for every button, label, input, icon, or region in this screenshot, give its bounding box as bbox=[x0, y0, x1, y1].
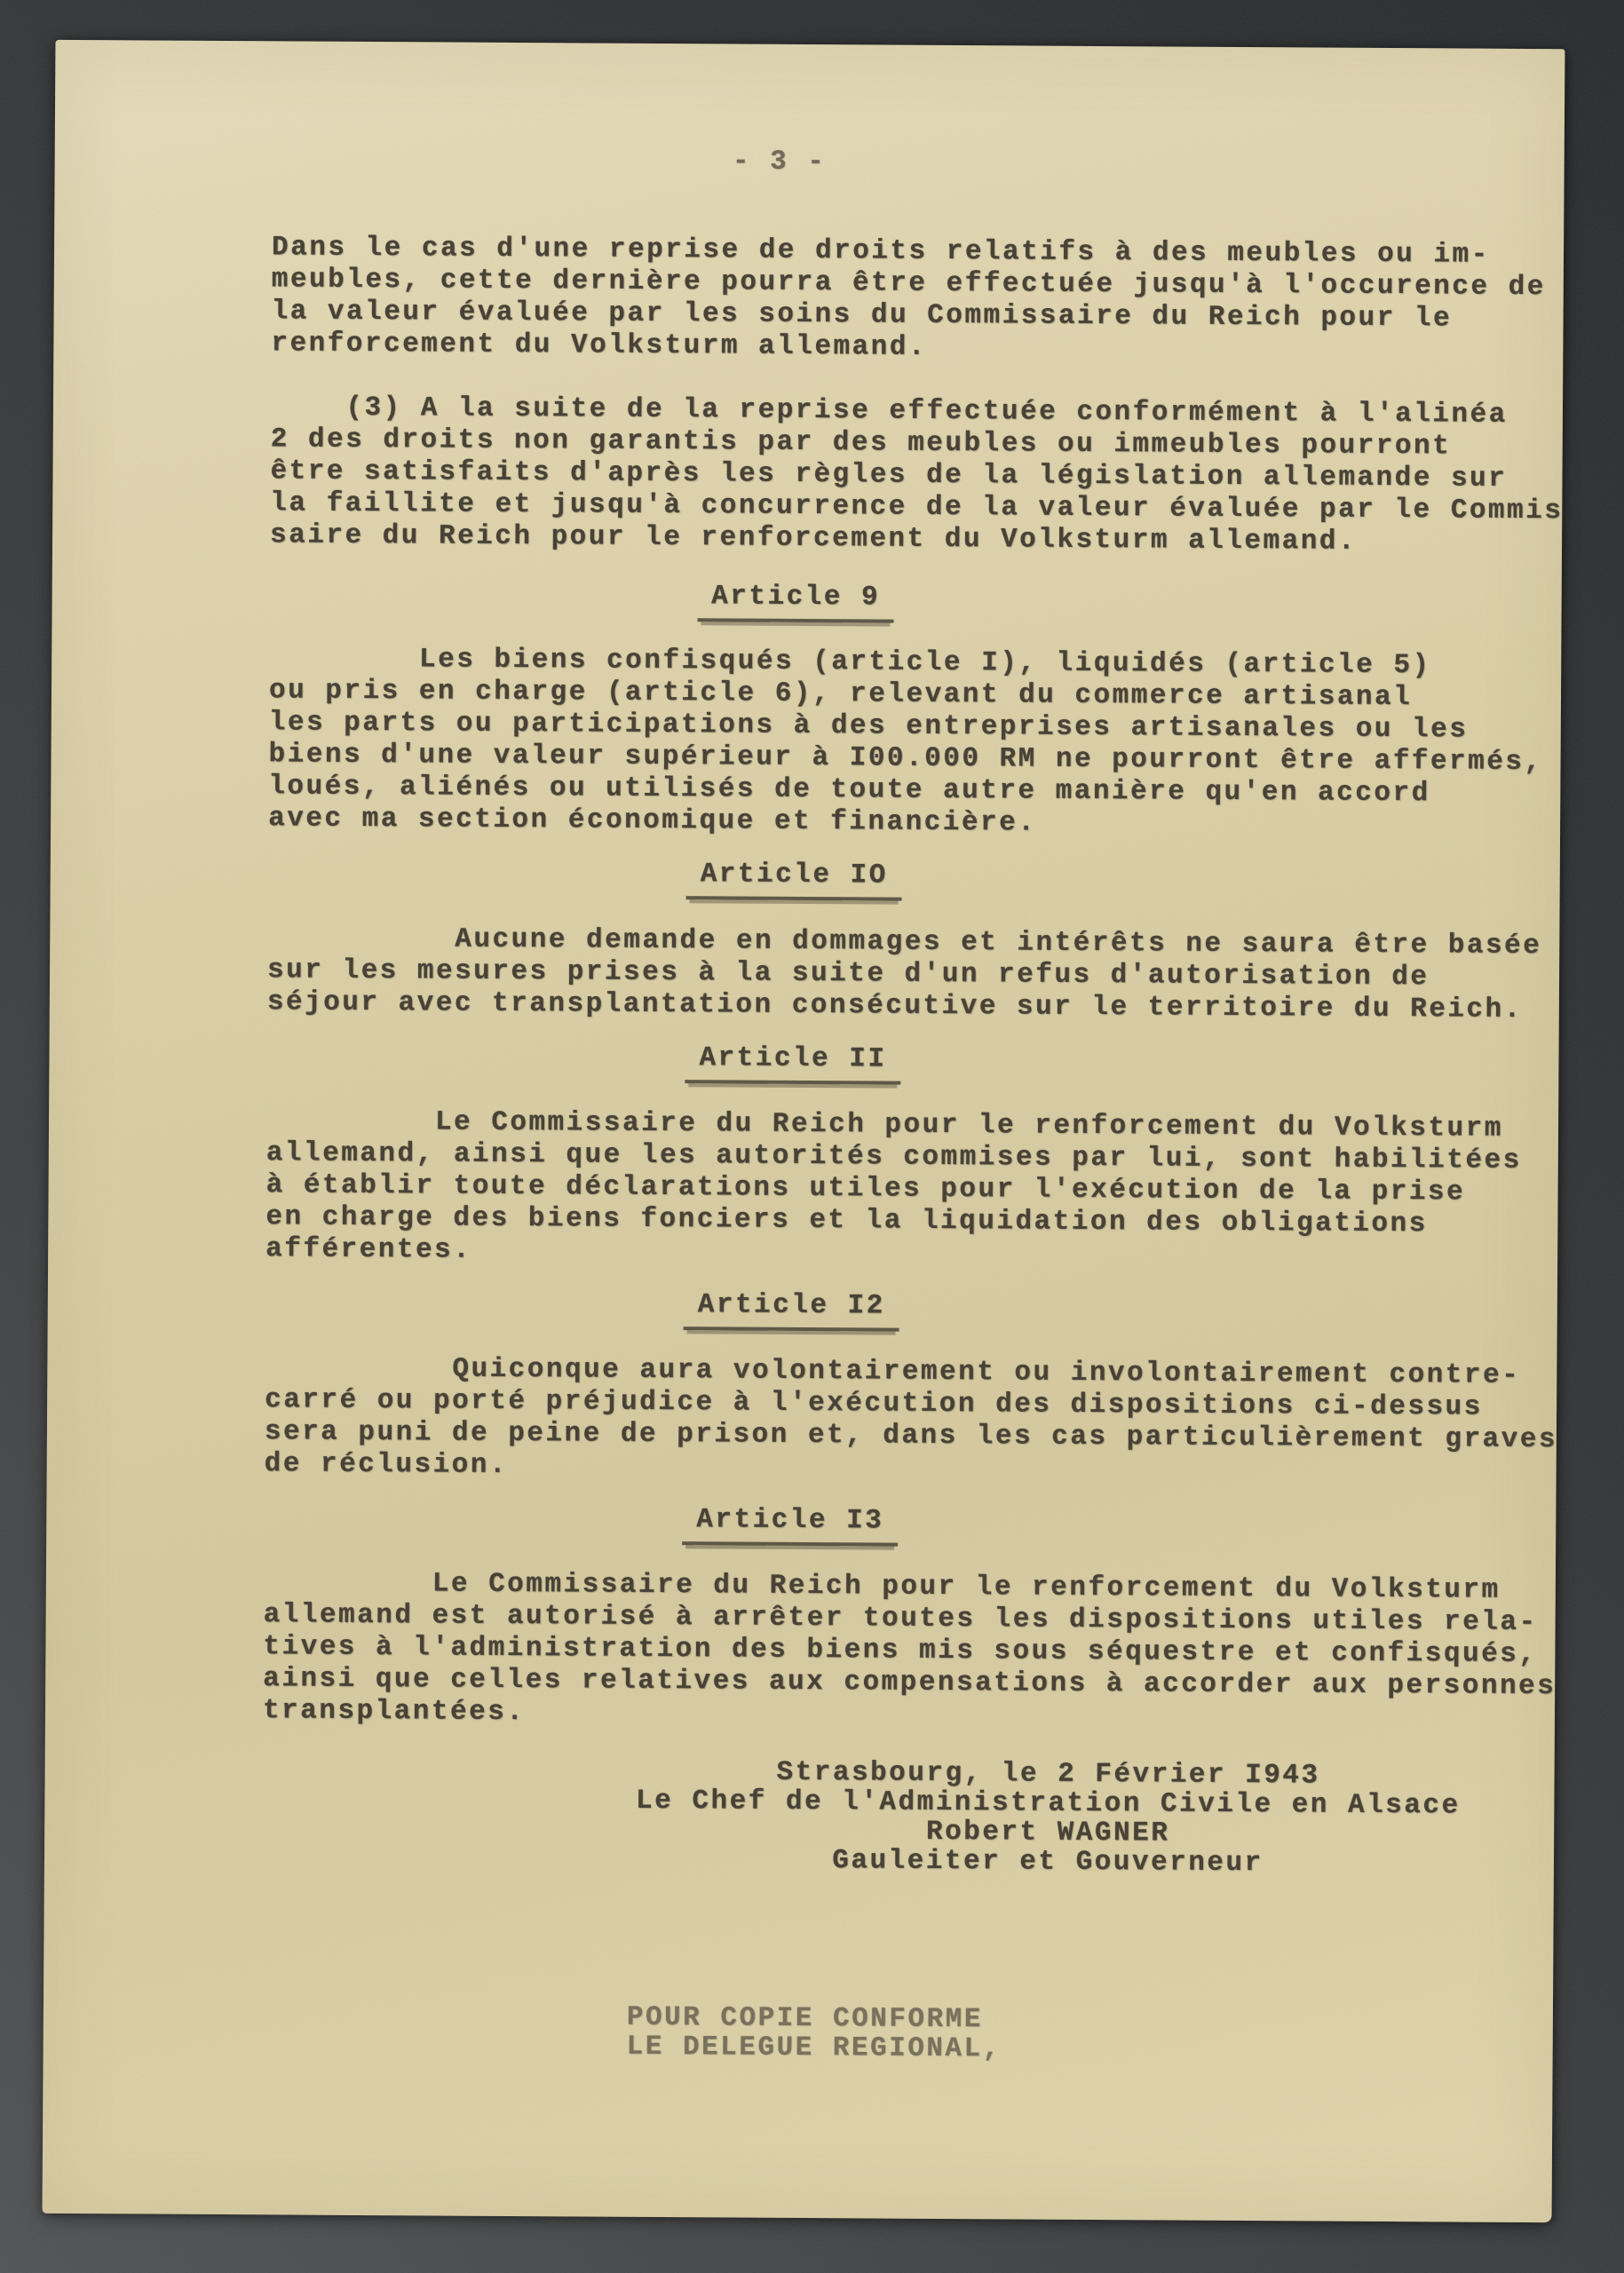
heading-article-10: Article IO bbox=[686, 859, 902, 900]
paragraph-alinea-3: (3) A la suite de la reprise effectuée c… bbox=[270, 392, 1565, 559]
paragraph-intro: Dans le cas d'une reprise de droits rela… bbox=[271, 232, 1565, 368]
paragraph-article-13: Le Commissaire du Reich pour le renforce… bbox=[263, 1567, 1565, 1735]
signature-block: Strasbourg, le 2 Février I943 Le Chef de… bbox=[293, 1755, 1565, 1881]
heading-row-article-10: Article IO bbox=[268, 856, 1320, 903]
heading-row-article-11: Article II bbox=[266, 1040, 1319, 1087]
heading-article-13: Article I3 bbox=[682, 1504, 898, 1546]
page-number: - 3 - bbox=[55, 142, 1504, 183]
paragraph-article-9: Les biens confisqués (article I), liquid… bbox=[268, 643, 1565, 843]
heading-row-article-12: Article I2 bbox=[265, 1287, 1318, 1334]
heading-row-article-13: Article I3 bbox=[264, 1501, 1316, 1548]
heading-article-11: Article II bbox=[685, 1042, 900, 1084]
copy-conforme-stamp: POUR COPIE CONFORME LE DELEGUE REGIONAL, bbox=[627, 2003, 1002, 2064]
scan-mat: - 3 - Dans le cas d'une reprise de droit… bbox=[0, 0, 1624, 2273]
heading-article-12: Article I2 bbox=[684, 1289, 899, 1331]
paragraph-article-11: Le Commissaire du Reich pour le renforce… bbox=[265, 1105, 1565, 1273]
paragraph-article-12: Quiconque aura volontairement ou involon… bbox=[265, 1352, 1565, 1488]
heading-article-9: Article 9 bbox=[697, 581, 894, 622]
document-page: - 3 - Dans le cas d'une reprise de droit… bbox=[43, 40, 1565, 2222]
heading-row-article-9: Article 9 bbox=[270, 578, 1322, 625]
paragraph-article-10: Aucune demande en dommages et intérêts n… bbox=[267, 923, 1565, 1026]
